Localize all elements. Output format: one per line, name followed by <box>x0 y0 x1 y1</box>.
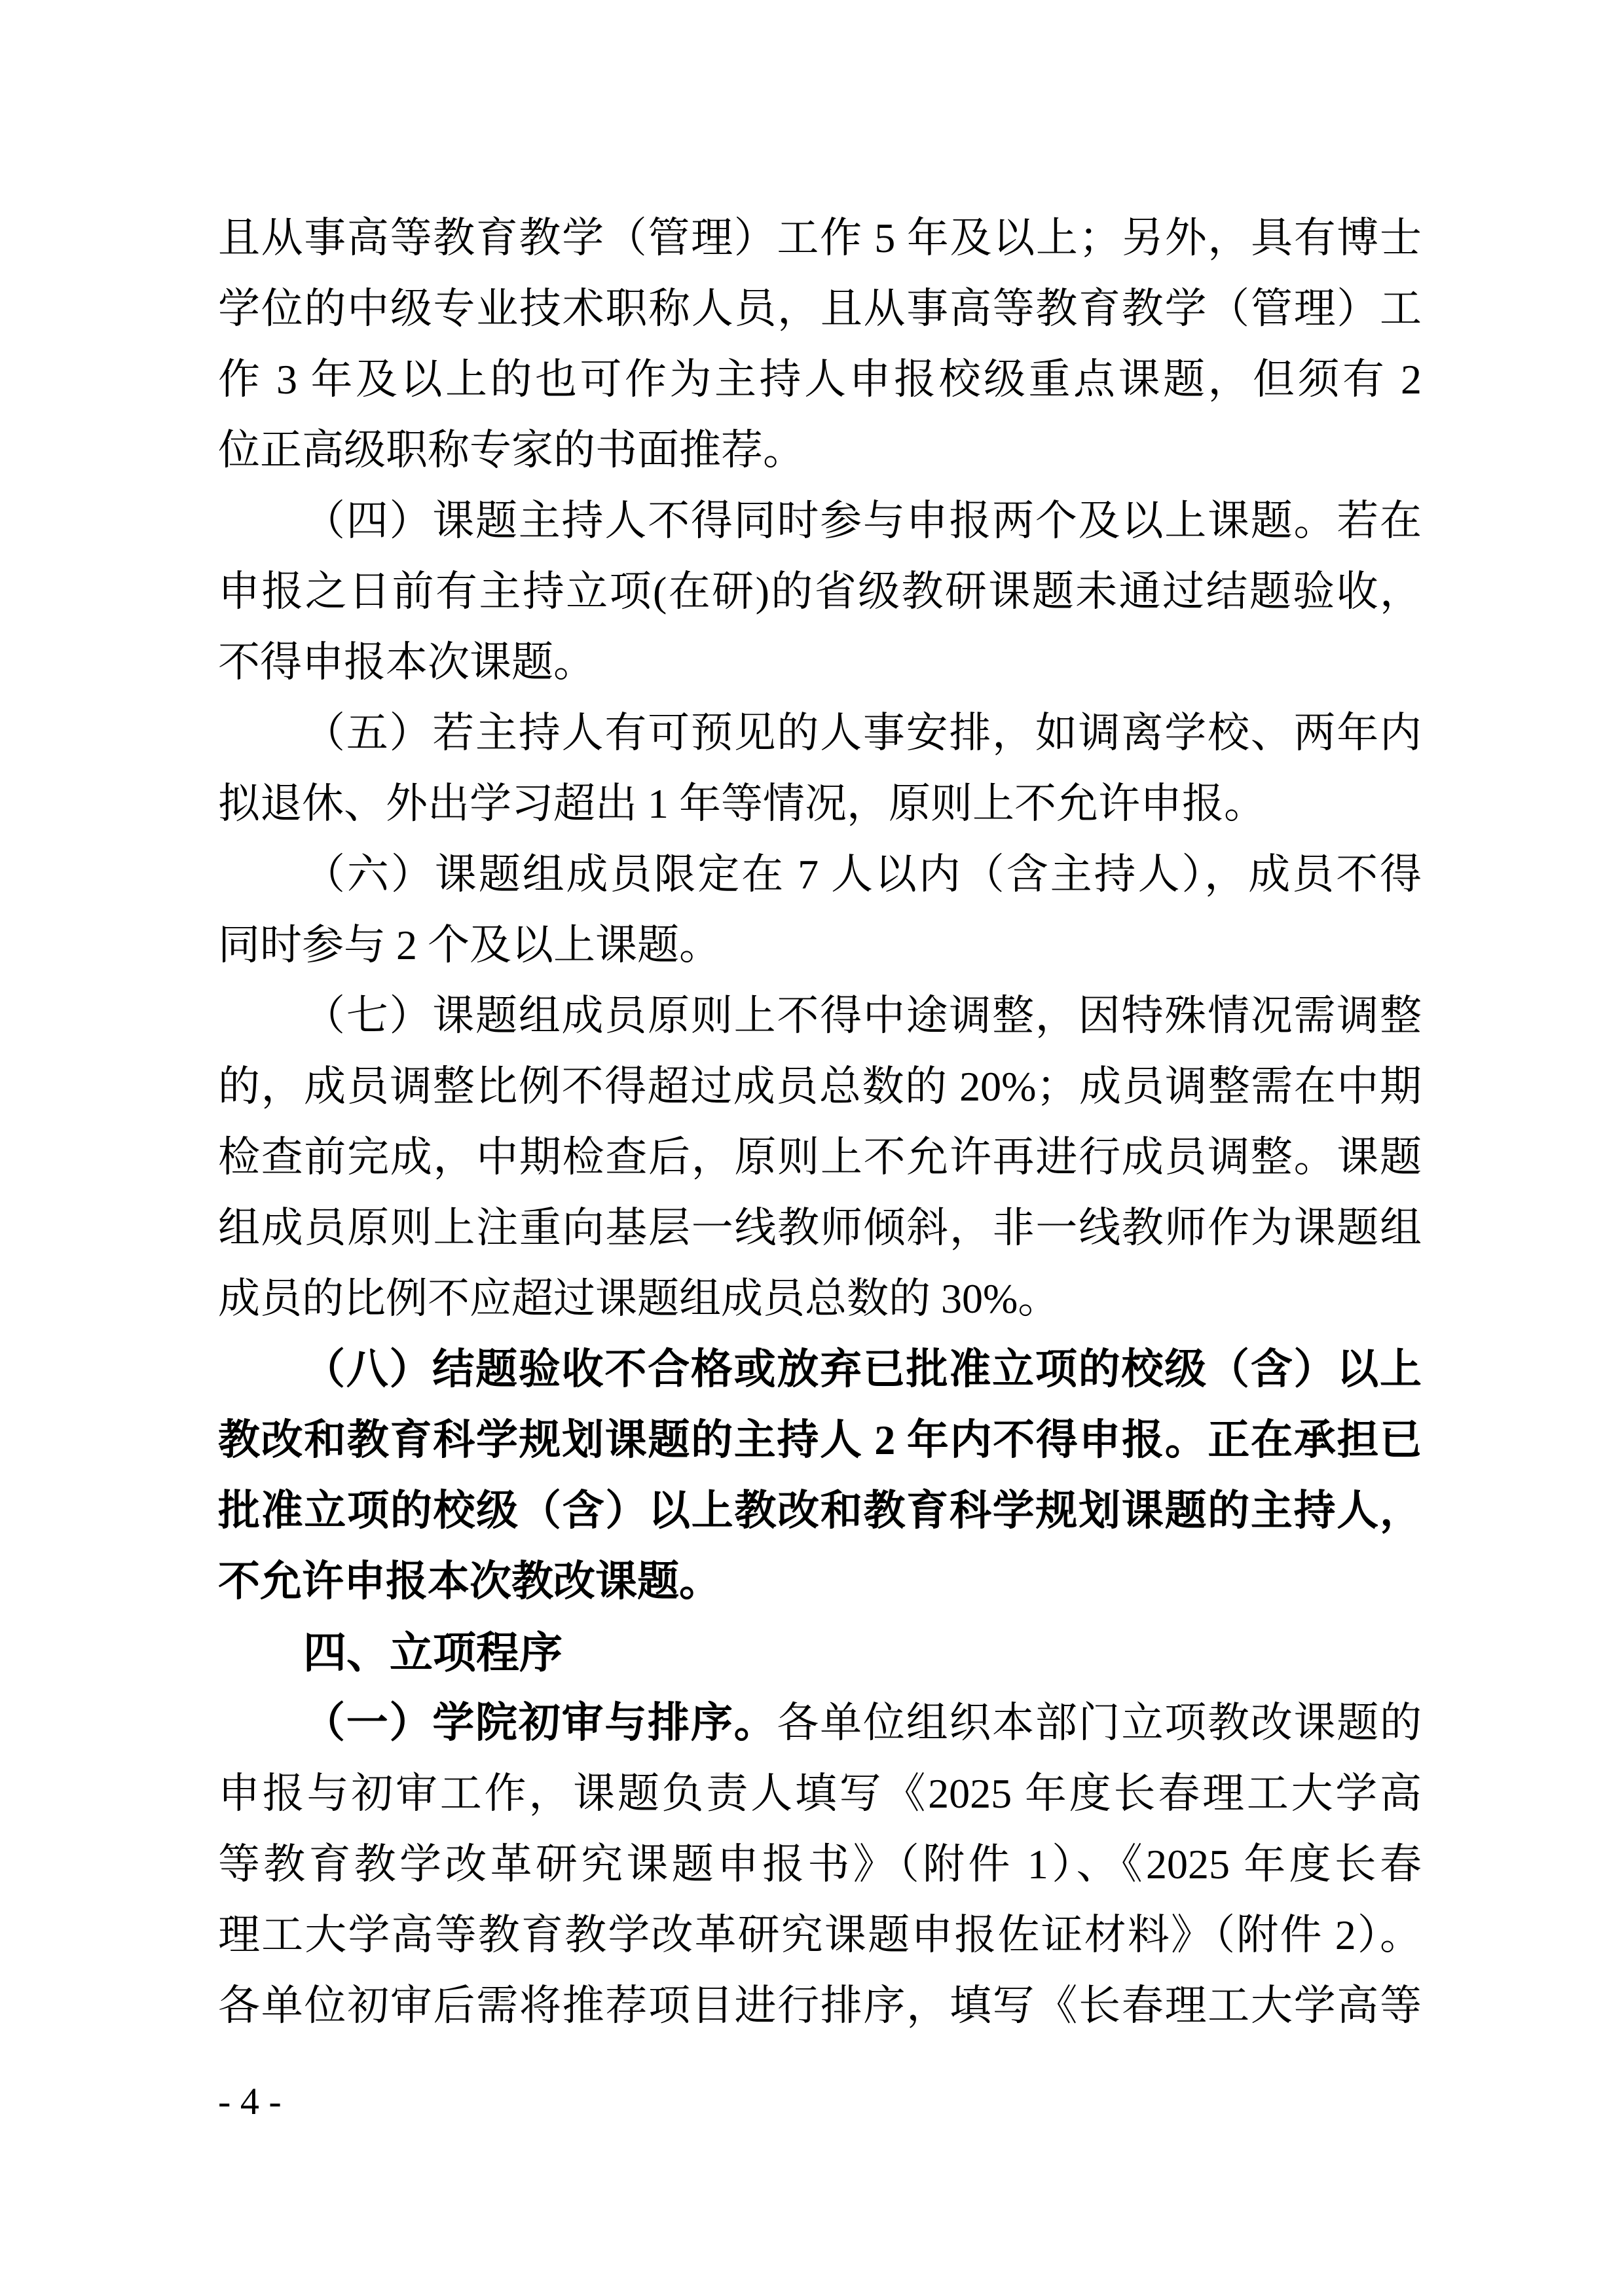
paragraph-lead: （一）学院初审与排序。 <box>303 1700 777 1746</box>
text-line: 申报之日前有主持立项(在研)的省级教研课题未通过结题验收， <box>218 556 1422 627</box>
text-line: （五）若主持人有可预见的人事安排，如调离学校、两年内 <box>218 698 1422 769</box>
text-line: 批准立项的校级（含）以上教改和教育科学规划课题的主持人， <box>218 1476 1422 1546</box>
text-line: 位正高级职称专家的书面推荐。 <box>218 415 1422 486</box>
text-line: （六）课题组成员限定在 7 人以内（含主持人），成员不得 <box>218 839 1422 910</box>
text-line: 的，成员调整比例不得超过成员总数的 20%；成员调整需在中期 <box>218 1051 1422 1122</box>
text-line: 成员的比例不应超过课题组成员总数的 30%。 <box>218 1264 1422 1334</box>
section-heading: 四、立项程序 <box>218 1617 1422 1688</box>
document-page: 且从事高等教育教学（管理）工作 5 年及以上；另外，具有博士学位的中级专业技术职… <box>0 0 1624 2296</box>
text-line: 各单位初审后需将推荐项目进行排序，填写《长春理工大学高等 <box>218 1971 1422 2041</box>
text-line: （七）课题组成员原则上不得中途调整，因特殊情况需调整 <box>218 981 1422 1051</box>
text-line: 理工大学高等教育教学改革研究课题申报佐证材料》（附件 2）。 <box>218 1900 1422 1971</box>
text-line: 不允许申报本次教改课题。 <box>218 1546 1422 1617</box>
text-line: 教改和教育科学规划课题的主持人 2 年内不得申报。正在承担已 <box>218 1405 1422 1476</box>
text-line: （四）课题主持人不得同时参与申报两个及以上课题。若在 <box>218 486 1422 556</box>
text-line: 同时参与 2 个及以上课题。 <box>218 910 1422 981</box>
text-column: 且从事高等教育教学（管理）工作 5 年及以上；另外，具有博士学位的中级专业技术职… <box>218 203 1422 2041</box>
page-number: - 4 - <box>218 2079 282 2124</box>
text-line: （一）学院初审与排序。各单位组织本部门立项教改课题的 <box>218 1688 1422 1758</box>
text-line: 作 3 年及以上的也可作为主持人申报校级重点课题，但须有 2 <box>218 344 1422 415</box>
text-line: 学位的中级专业技术职称人员，且从事高等教育教学（管理）工 <box>218 274 1422 344</box>
text-line: 且从事高等教育教学（管理）工作 5 年及以上；另外，具有博士 <box>218 203 1422 274</box>
text-line: （八）结题验收不合格或放弃已批准立项的校级（含）以上 <box>218 1334 1422 1405</box>
text-line: 等教育教学改革研究课题申报书》（附件 1）、《2025 年度长春 <box>218 1829 1422 1900</box>
text-line: 检查前完成，中期检查后，原则上不允许再进行成员调整。课题 <box>218 1122 1422 1193</box>
text-line: 不得申报本次课题。 <box>218 627 1422 698</box>
text-line: 申报与初审工作，课题负责人填写《2025 年度长春理工大学高 <box>218 1758 1422 1829</box>
text-line: 组成员原则上注重向基层一线教师倾斜，非一线教师作为课题组 <box>218 1193 1422 1264</box>
text-line: 拟退休、外出学习超出 1 年等情况，原则上不允许申报。 <box>218 769 1422 839</box>
